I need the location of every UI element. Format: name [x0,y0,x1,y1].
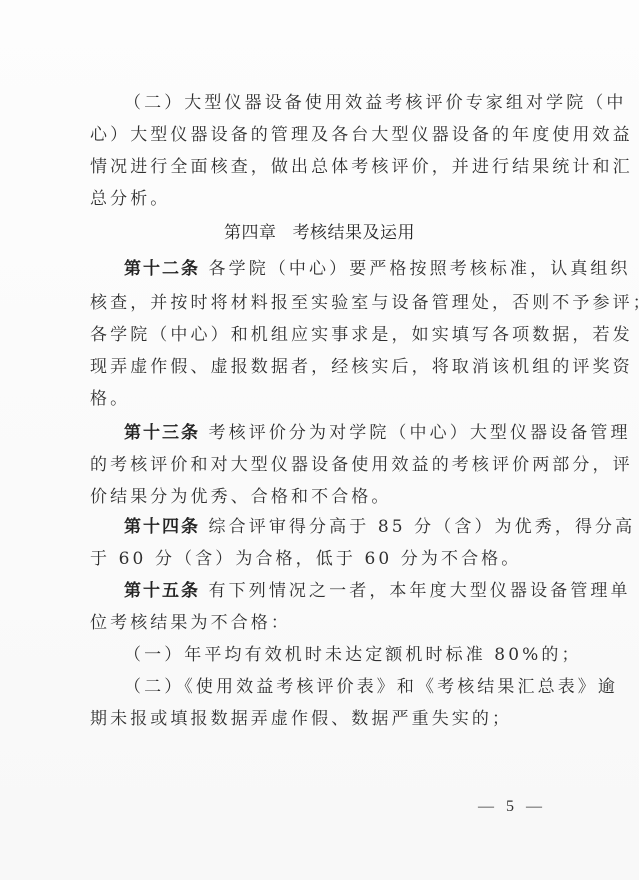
article-label: 第十四条 [124,517,200,537]
article-label: 第十二条 [124,259,200,279]
article-14-line: 于 60 分（含）为合格，低于 60 分为不合格。 [90,548,550,570]
article-15-line: 第十五条 有下列情况之一者，本年度大型仪器设备管理单 [124,580,550,602]
paragraph-line: 心）大型仪器设备的管理及各台大型仪器设备的年度使用效益 [90,124,550,146]
chapter-title: 考核结果及运用 [293,223,416,243]
article-text: 有下列情况之一者，本年度大型仪器设备管理单 [209,581,631,601]
article-12-line: 第十二条 各学院（中心）要严格按照考核标准，认真组织 [124,258,550,280]
paragraph-line: （二）大型仪器设备使用效益考核评价专家组对学院（中 [124,92,550,114]
chapter-number: 第四章 [224,223,277,243]
paragraph-line: 总分析。 [90,188,550,210]
article-14-line: 第十四条 综合评审得分高于 85 分（含）为优秀，得分高 [124,516,550,538]
article-15-item-1: （一）年平均有效机时未达定额机时标准 80%的； [124,644,550,666]
paragraph-line: 情况进行全面核查，做出总体考核评价，并进行结果统计和汇 [90,156,550,178]
article-15-line: 位考核结果为不合格： [90,612,550,634]
article-12-line: 格。 [90,388,550,410]
article-15-item-2: 期未报或填报数据弄虚作假、数据严重失实的； [90,708,550,730]
article-13-line: 的考核评价和对大型仪器设备使用效益的考核评价两部分，评 [90,454,550,476]
article-text: 各学院（中心）要严格按照考核标准，认真组织 [209,259,631,279]
article-text: 考核评价分为对学院（中心）大型仪器设备管理 [209,423,631,443]
article-12-line: 核查，并按时将材料报至实验室与设备管理处，否则不予参评； [90,292,550,314]
article-15-item-2: （二）《使用效益考核评价表》和《考核结果汇总表》逾 [124,676,550,698]
article-label: 第十三条 [124,423,200,443]
article-12-line: 现弄虚作假、虚报数据者，经核实后，将取消该机组的评奖资 [90,356,550,378]
article-12-line: 各学院（中心）和机组应实事求是，如实填写各项数据，若发 [90,324,550,346]
chapter-heading: 第四章考核结果及运用 [0,222,639,244]
article-text: 综合评审得分高于 85 分（含）为优秀，得分高 [209,517,636,537]
article-13-line: 价结果分为优秀、合格和不合格。 [90,486,550,508]
document-page: （二）大型仪器设备使用效益考核评价专家组对学院（中 心）大型仪器设备的管理及各台… [0,0,639,880]
article-label: 第十五条 [124,581,200,601]
page-number: — 5 — [478,798,546,816]
article-13-line: 第十三条 考核评价分为对学院（中心）大型仪器设备管理 [124,422,550,444]
